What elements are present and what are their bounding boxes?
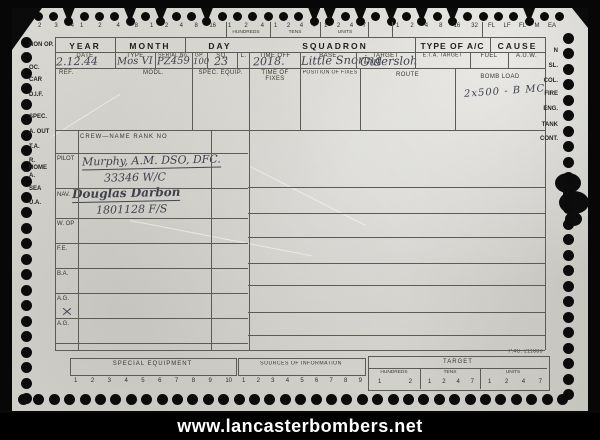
punch-hole bbox=[563, 110, 574, 121]
punch-hole bbox=[563, 203, 574, 214]
edge-label-left: D.I.F. bbox=[29, 92, 54, 99]
raid-record-card: 234 1248 124816 124 HUNDREDS 1247 TENS 1… bbox=[12, 8, 588, 411]
punch-hole bbox=[264, 12, 273, 21]
tick-number: 4 bbox=[456, 379, 459, 385]
edge-label-right: COL. bbox=[538, 78, 558, 84]
punch-hole bbox=[157, 394, 168, 405]
field-label-position-of-fixes: POSITION OF FIXES bbox=[303, 70, 356, 75]
punch-hole bbox=[34, 12, 43, 21]
punch-hole bbox=[563, 296, 574, 307]
punch-hole bbox=[95, 394, 106, 405]
grid-line bbox=[207, 52, 208, 68]
tick-number: 9 bbox=[359, 378, 362, 384]
punch-hole bbox=[172, 12, 181, 21]
punch-hole bbox=[563, 250, 574, 261]
tick-number: 1 bbox=[228, 23, 231, 29]
top-strip-label-hundreds: HUNDREDS bbox=[225, 30, 267, 35]
punch-hole bbox=[371, 12, 380, 21]
top-strip-label-units: UNITS bbox=[325, 30, 365, 35]
grid-line bbox=[248, 213, 545, 214]
field-label-time-of-fixes: TIME OF FIXES bbox=[257, 70, 293, 82]
field-value-serial: PZ459 bbox=[157, 56, 190, 68]
tick-number: 4 bbox=[261, 23, 264, 29]
top-strip-cause: FLLFFLMEA bbox=[488, 23, 556, 29]
punch-hole bbox=[110, 12, 119, 21]
tick-number: 3 bbox=[271, 378, 274, 384]
punch-hole bbox=[563, 265, 574, 276]
grid-line bbox=[248, 187, 545, 188]
grid-line bbox=[55, 293, 248, 294]
punch-hole bbox=[21, 254, 32, 265]
tick-number: 16 bbox=[209, 23, 216, 29]
tick-number: LF bbox=[504, 23, 511, 29]
punch-hole bbox=[218, 12, 227, 21]
tick-number: 2 bbox=[287, 23, 290, 29]
grid-line bbox=[192, 52, 193, 130]
tick-number: 4 bbox=[286, 378, 289, 384]
target-box-label: TARGET bbox=[368, 359, 548, 365]
crew-role-label: A.G. bbox=[57, 321, 69, 327]
edge-label-right: ENG. bbox=[538, 106, 558, 112]
punch-hole bbox=[21, 99, 32, 110]
field-value-sq: 23 bbox=[214, 55, 228, 68]
special-equipment-numbers: 12345678910 bbox=[74, 378, 232, 384]
punch-hole bbox=[80, 12, 89, 21]
edge-label-right: N bbox=[538, 48, 558, 54]
grid-line bbox=[455, 68, 456, 130]
punch-hole bbox=[563, 219, 574, 230]
grid-line bbox=[415, 37, 416, 68]
tick-number: 2 bbox=[91, 378, 94, 384]
punch-hole bbox=[509, 12, 518, 21]
field-value-date: 2.12.44 bbox=[56, 55, 98, 69]
punch-hole bbox=[480, 394, 491, 405]
top-strip-squadron-tens: 1247 bbox=[274, 23, 316, 29]
scratch bbox=[130, 220, 312, 256]
field-label-modl: MODL. bbox=[115, 70, 192, 76]
tick-number: 2 bbox=[409, 379, 412, 385]
grid-line bbox=[78, 130, 79, 350]
field-label-ref: REF. bbox=[59, 70, 89, 76]
field-value-bomb-load: 2x500 - B MC bbox=[464, 83, 546, 100]
tick-number: M bbox=[535, 23, 540, 29]
tick-number: 1 bbox=[74, 378, 77, 384]
grid-line bbox=[249, 52, 250, 350]
punch-hole bbox=[563, 281, 574, 292]
punch-hole bbox=[563, 79, 574, 90]
tick-number: 2 bbox=[98, 23, 101, 29]
punch-hole bbox=[479, 12, 488, 21]
grid-line bbox=[300, 52, 301, 130]
edge-label-left: SEA bbox=[29, 186, 54, 193]
grid-line bbox=[356, 52, 357, 68]
col-header-month: MONTH bbox=[115, 41, 185, 51]
tick-number: 1 bbox=[242, 378, 245, 384]
tick-number: 6 bbox=[315, 378, 318, 384]
punch-hole bbox=[21, 285, 32, 296]
punch-hole bbox=[21, 347, 32, 358]
edge-label-right: TANK bbox=[538, 122, 558, 128]
grid-line bbox=[185, 37, 186, 52]
tick-number: 5 bbox=[300, 378, 303, 384]
punch-hole bbox=[563, 64, 574, 75]
tick-number: 1 bbox=[150, 23, 153, 29]
crew-pilot-name: Murphy, A.M. DSO, DFC. bbox=[82, 153, 221, 171]
punch-hole bbox=[21, 300, 32, 311]
grid-line bbox=[55, 130, 545, 131]
punch-hole bbox=[126, 17, 135, 26]
grid-line bbox=[55, 343, 248, 344]
col-header-squadron: SQUADRON bbox=[255, 41, 415, 51]
punch-hole bbox=[218, 394, 229, 405]
punch-hole bbox=[525, 17, 534, 26]
grid-line bbox=[55, 318, 248, 319]
col-header-year: YEAR bbox=[55, 41, 115, 51]
punch-hole bbox=[563, 141, 574, 152]
field-value-time-off: 2018. bbox=[253, 55, 285, 69]
field-label-fuel: FUEL bbox=[470, 53, 508, 59]
grid-line bbox=[248, 263, 545, 264]
grid-line bbox=[55, 218, 248, 219]
grid-line bbox=[392, 22, 393, 37]
grid-line bbox=[482, 22, 483, 37]
punch-hole bbox=[563, 312, 574, 323]
tick-number: 2 bbox=[410, 23, 413, 29]
tick-number: 4 bbox=[180, 23, 183, 29]
tick-number: 1 bbox=[274, 23, 277, 29]
field-label-eta-target: E.T.A. TARGET bbox=[419, 53, 466, 58]
punch-hole bbox=[449, 394, 460, 405]
screenshot-root: 234 1248 124816 124 HUNDREDS 1247 TENS 1… bbox=[0, 0, 600, 440]
top-strip-type: 12481632 bbox=[396, 23, 478, 29]
punch-hole bbox=[372, 394, 383, 405]
punch-hole bbox=[172, 394, 183, 405]
punch-hole bbox=[563, 343, 574, 354]
punch-hole bbox=[563, 327, 574, 338]
grid-line bbox=[508, 52, 509, 68]
punch-hole bbox=[341, 394, 352, 405]
punch-hole bbox=[141, 394, 152, 405]
grid-line bbox=[470, 52, 471, 68]
punch-hole bbox=[264, 394, 275, 405]
tick-number: 3 bbox=[54, 23, 57, 29]
field-value-type: Mos VI bbox=[117, 56, 153, 68]
tick-number: 1 bbox=[80, 23, 83, 29]
punch-hole bbox=[21, 362, 32, 373]
target-hundreds-numbers: 12 bbox=[378, 379, 412, 385]
crew-role-label: F.E. bbox=[57, 246, 67, 252]
punch-hole bbox=[126, 394, 137, 405]
punch-hole bbox=[388, 394, 399, 405]
field-label-route: ROUTE bbox=[360, 72, 455, 78]
punch-hole bbox=[433, 12, 442, 21]
grid-line bbox=[320, 22, 321, 37]
field-label-spec-equip: SPEC. EQUIP. bbox=[192, 70, 249, 76]
grid-line bbox=[270, 22, 271, 37]
tick-number: 4 bbox=[522, 379, 525, 385]
tick-number: 32 bbox=[471, 23, 478, 29]
edge-label-left: A. bbox=[29, 173, 54, 180]
col-header-day: DAY bbox=[185, 41, 255, 51]
tick-number: 6 bbox=[158, 378, 161, 384]
tick-number: FL bbox=[488, 23, 495, 29]
grid-line bbox=[211, 130, 212, 350]
card-corner-shadow bbox=[572, 8, 588, 28]
edge-label-right: CONT. bbox=[538, 136, 558, 142]
tick-number: 2 bbox=[38, 23, 41, 29]
punch-hole bbox=[418, 394, 429, 405]
punch-hole bbox=[526, 394, 537, 405]
punch-hole bbox=[21, 207, 32, 218]
punch-hole bbox=[563, 126, 574, 137]
crew-role-label: B.A. bbox=[57, 271, 68, 277]
punch-hole bbox=[463, 12, 472, 21]
punch-hole bbox=[95, 12, 104, 21]
tick-number: 3 bbox=[108, 378, 111, 384]
tick-number: 1 bbox=[428, 379, 431, 385]
crew-role-label: PILOT bbox=[57, 156, 74, 162]
punch-hole bbox=[110, 394, 121, 405]
crew-nav-number: 1801128 F/S bbox=[96, 202, 168, 216]
grid-line bbox=[480, 368, 481, 389]
punch-hole bbox=[249, 394, 260, 405]
punch-hole bbox=[563, 157, 574, 168]
tick-number: 4 bbox=[350, 23, 353, 29]
punch-hole bbox=[21, 52, 32, 63]
tick-number: 1 bbox=[488, 379, 491, 385]
top-strip-label-tens: TENS bbox=[275, 30, 315, 35]
grid-line bbox=[360, 68, 361, 130]
crew-pilot-number: 33346 W/C bbox=[104, 170, 166, 184]
punch-hole bbox=[21, 269, 32, 280]
punch-hole bbox=[563, 95, 574, 106]
tick-number: 4 bbox=[116, 23, 119, 29]
punch-hole bbox=[21, 316, 32, 327]
punch-hole bbox=[295, 394, 306, 405]
punch-hole bbox=[18, 394, 29, 405]
tick-number: 7 bbox=[329, 378, 332, 384]
grid-line bbox=[237, 52, 238, 68]
target-tens-numbers: 1247 bbox=[428, 379, 474, 385]
target-tens-label: TENS bbox=[428, 370, 473, 375]
punch-hole bbox=[280, 394, 291, 405]
target-units-numbers: 1247 bbox=[488, 379, 542, 385]
tick-number: 8 bbox=[344, 378, 347, 384]
punch-hole bbox=[49, 394, 60, 405]
grid-line bbox=[55, 153, 248, 154]
punch-hole bbox=[434, 394, 445, 405]
tick-number: 7 bbox=[175, 378, 178, 384]
grid-line bbox=[55, 37, 545, 38]
col-header-type-of-ac: TYPE OF A/C bbox=[415, 41, 490, 51]
tick-number: 9 bbox=[209, 378, 212, 384]
punch-hole bbox=[563, 172, 574, 183]
crew-role-label: NAV. bbox=[57, 192, 70, 198]
punch-hole bbox=[234, 394, 245, 405]
punch-hole bbox=[141, 12, 150, 21]
edge-label-left: SPEC. bbox=[29, 114, 54, 121]
edge-label-left: OC. bbox=[29, 65, 54, 72]
punch-hole bbox=[80, 394, 91, 405]
grid-line bbox=[248, 285, 545, 286]
punch-hole bbox=[563, 374, 574, 385]
tick-number: 1 bbox=[396, 23, 399, 29]
punch-hole bbox=[563, 188, 574, 199]
punch-hole bbox=[557, 394, 568, 405]
tick-number: 8 bbox=[192, 378, 195, 384]
tick-number: 2 bbox=[244, 23, 247, 29]
punch-hole bbox=[187, 394, 198, 405]
grid-line bbox=[55, 37, 56, 350]
grid-line bbox=[55, 350, 545, 351]
target-hundreds-label: HUNDREDS bbox=[375, 370, 413, 375]
punch-hole bbox=[21, 238, 32, 249]
punch-hole bbox=[203, 394, 214, 405]
sources-of-information-label: SOURCES OF INFORMATION bbox=[247, 361, 354, 366]
tick-number: 8 bbox=[194, 23, 197, 29]
grid-line bbox=[226, 22, 227, 37]
grid-line bbox=[248, 335, 545, 336]
punch-hole bbox=[233, 12, 242, 21]
site-footer-bar: www.lancasterbombers.net bbox=[0, 413, 600, 440]
tick-number: 2 bbox=[165, 23, 168, 29]
grid-line bbox=[490, 37, 491, 52]
grid-line bbox=[420, 368, 421, 389]
edge-label-right: FIRE bbox=[538, 91, 558, 97]
edge-label-left: U.A. bbox=[29, 200, 54, 207]
field-label-bomb-load: BOMB LOAD bbox=[455, 74, 545, 80]
tick-number: 7 bbox=[471, 379, 474, 385]
punch-hole bbox=[494, 12, 503, 21]
tick-number: 2 bbox=[505, 379, 508, 385]
tick-number: EA bbox=[548, 23, 556, 29]
grid-line bbox=[248, 312, 545, 313]
edge-label-left: NON OP. bbox=[29, 42, 54, 49]
edge-label-left: CAR bbox=[29, 77, 54, 84]
col-header-cause: CAUSE bbox=[490, 41, 545, 51]
tick-number: 1 bbox=[378, 379, 381, 385]
punch-hole bbox=[563, 33, 574, 44]
tick-number: 2 bbox=[337, 23, 340, 29]
grid-line bbox=[115, 37, 116, 68]
punch-hole bbox=[311, 394, 322, 405]
punch-hole bbox=[356, 17, 365, 26]
tick-number: 2 bbox=[442, 379, 445, 385]
punch-hole bbox=[555, 12, 564, 21]
punch-hole bbox=[563, 358, 574, 369]
special-equipment-label: SPECIAL EQUIPMENT bbox=[70, 361, 235, 367]
tick-number: 8 bbox=[135, 23, 138, 29]
punch-hole bbox=[465, 394, 476, 405]
punch-hole bbox=[187, 12, 196, 21]
punch-hole bbox=[21, 331, 32, 342]
punch-hole bbox=[326, 394, 337, 405]
tick-number: 2 bbox=[257, 378, 260, 384]
punch-hole bbox=[21, 223, 32, 234]
punch-hole bbox=[403, 394, 414, 405]
edge-label-right: SL. bbox=[538, 63, 558, 69]
edge-label-left: T.A. bbox=[29, 144, 54, 151]
punch-hole bbox=[294, 12, 303, 21]
grid-line bbox=[368, 22, 369, 37]
tick-number: 4 bbox=[124, 378, 127, 384]
punch-hole bbox=[21, 378, 32, 389]
punch-hole bbox=[563, 48, 574, 59]
top-strip-squadron-hundreds: 124 bbox=[228, 23, 264, 29]
grid-line bbox=[55, 243, 248, 244]
tick-number: 7 bbox=[539, 379, 542, 385]
grid-line bbox=[55, 188, 248, 189]
scratch bbox=[250, 166, 366, 226]
punch-hole bbox=[49, 12, 58, 21]
sources-of-information-numbers: 123456789 bbox=[242, 378, 362, 384]
grid-line bbox=[369, 368, 547, 369]
tick-number: 4 bbox=[300, 23, 303, 29]
crew-role-label: W. OP bbox=[57, 221, 74, 227]
punch-hole bbox=[357, 394, 368, 405]
tick-number: 10 bbox=[225, 378, 232, 384]
punch-hole bbox=[279, 12, 288, 21]
edge-label-left: R. HOME bbox=[29, 158, 54, 172]
punch-hole bbox=[341, 12, 350, 21]
punch-hole bbox=[310, 17, 319, 26]
punch-hole bbox=[64, 394, 75, 405]
punch-hole bbox=[248, 12, 257, 21]
punch-hole bbox=[563, 234, 574, 245]
field-value-target: Gutersloh bbox=[360, 53, 418, 68]
punch-hole bbox=[33, 394, 44, 405]
tick-number: 8 bbox=[439, 23, 442, 29]
punch-hole bbox=[542, 394, 553, 405]
target-units-label: UNITS bbox=[488, 370, 538, 375]
grid-line bbox=[55, 268, 248, 269]
punch-hole bbox=[540, 12, 549, 21]
punch-hole bbox=[402, 12, 411, 21]
crew-role-label: A.G. bbox=[57, 296, 69, 302]
edge-label-left: A. OUT bbox=[29, 129, 54, 136]
punch-hole bbox=[511, 394, 522, 405]
grid-line bbox=[248, 237, 545, 238]
crew-header: CREW—NAME RANK NO bbox=[80, 134, 220, 140]
punch-hole bbox=[495, 394, 506, 405]
tick-number: 5 bbox=[141, 378, 144, 384]
punch-hole bbox=[448, 17, 457, 26]
site-url: www.lancasterbombers.net bbox=[177, 416, 422, 437]
grid-line bbox=[155, 52, 156, 68]
